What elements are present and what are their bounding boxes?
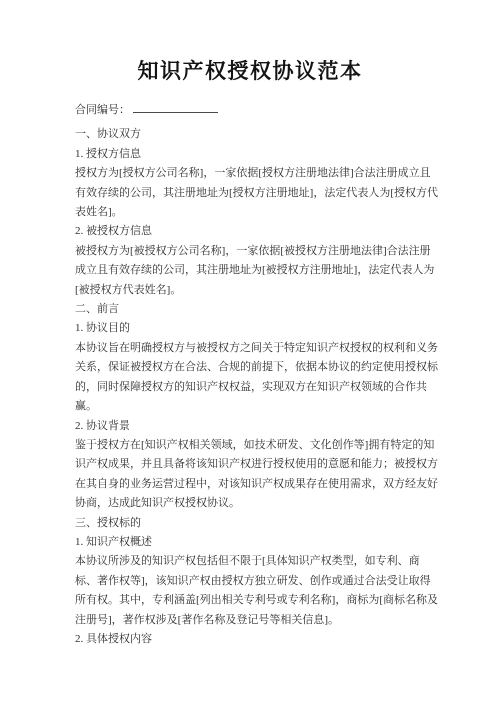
paragraph-licensor-info: 授权方为[授权方公司名称]，一家依据[授权方注册地法律]合法注册成立且有效存续的… [75,164,438,222]
section-heading-parties: 一、协议双方 [75,125,438,144]
contract-number-line: 合同编号： [75,101,438,120]
document-title: 知识产权授权协议范本 [0,57,500,85]
contract-number-blank [133,101,218,113]
paragraph-background: 鉴于授权方在[知识产权相关领域，如技术研发、文化创作等]拥有特定的知识产权成果，… [75,436,438,514]
document-page: 知识产权授权协议范本 合同编号： 一、协议双方 1. 授权方信息 授权方为[授权… [0,0,500,707]
sub-heading-specific-content: 2. 具体授权内容 [75,630,438,649]
contract-number-label: 合同编号： [75,104,130,116]
section-heading-subject: 三、授权标的 [75,514,438,533]
sub-heading-licensee-info: 2. 被授权方信息 [75,222,438,241]
paragraph-licensee-info: 被授权方为[被授权方公司名称]，一家依据[被授权方注册地法律]合法注册成立且有效… [75,242,438,300]
section-heading-preamble: 二、前言 [75,300,438,319]
sub-heading-ip-overview: 1. 知识产权概述 [75,533,438,552]
sub-heading-purpose: 1. 协议目的 [75,319,438,338]
paragraph-purpose: 本协议旨在明确授权方与被授权方之间关于特定知识产权授权的权利和义务关系，保证被授… [75,339,438,417]
paragraph-ip-overview: 本协议所涉及的知识产权包括但不限于[具体知识产权类型，如专利、商标、著作权等]，… [75,552,438,630]
sub-heading-background: 2. 协议背景 [75,417,438,436]
sub-heading-licensor-info: 1. 授权方信息 [75,145,438,164]
